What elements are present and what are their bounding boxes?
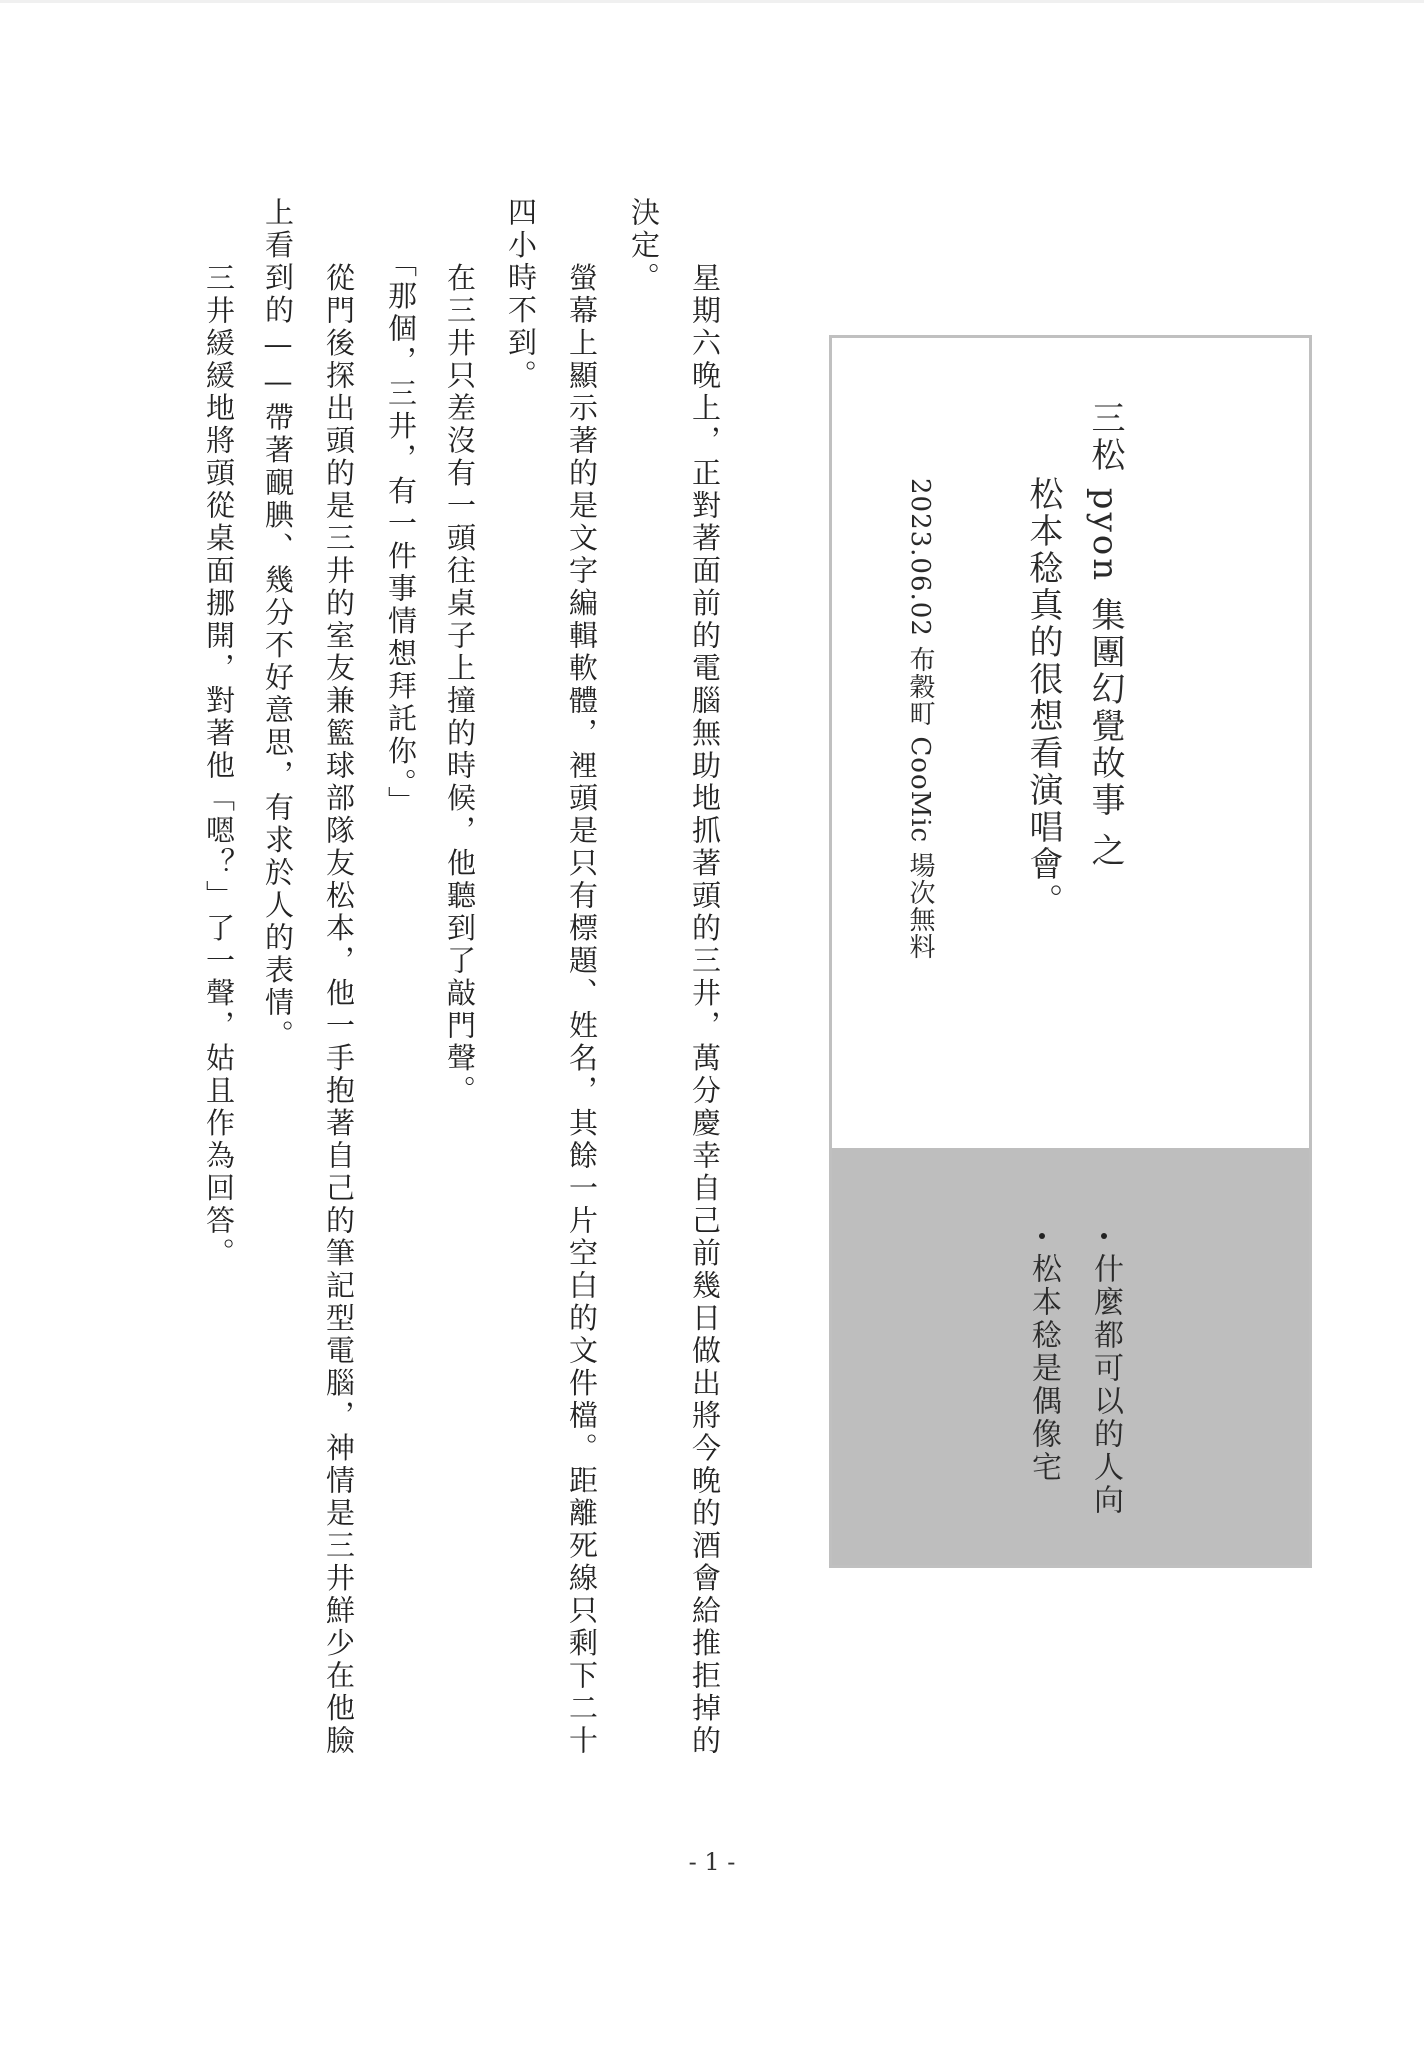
body-column-5: 在三井只差沒有一頭往桌子上撞的時候，他聽到了敲門聲。 bbox=[445, 230, 475, 1108]
bullet-icon bbox=[1039, 1233, 1045, 1239]
tags-panel: 什麼都可以的人向 松本稔是偶像宅 bbox=[832, 1148, 1309, 1565]
title-line-2: 松本稔真的很想看演唱會。 bbox=[1025, 476, 1061, 920]
tag-item-2: 松本稔是偶像宅 bbox=[1027, 1253, 1059, 1484]
body-column-6: 「那個，三井，有一件事情想拜託你。」 bbox=[386, 230, 416, 819]
top-edge-strip bbox=[0, 0, 1424, 3]
body-column-7: 從門後探出頭的是三井的室友兼籃球部隊友松本，他一手抱著自己的筆記型電腦，神情是三… bbox=[324, 230, 354, 1758]
event-info-line: 2023.06.02 布穀町 CooMic 場次無料 bbox=[906, 478, 934, 960]
body-column-1: 星期六晚上，正對著面前的電腦無助地抓著頭的三井，萬分慶幸自己前幾日做出將今晚的酒… bbox=[690, 230, 720, 1758]
tag-item-1: 什麼都可以的人向 bbox=[1089, 1253, 1121, 1517]
body-column-4: 四小時不到。 bbox=[506, 197, 536, 392]
body-column-9: 三井緩緩地將頭從桌面挪開，對著他「嗯？」了一聲，姑且作為回答。 bbox=[204, 230, 234, 1270]
bullet-icon bbox=[1101, 1233, 1107, 1239]
body-column-8: 上看到的——帶著靦腆、幾分不好意思，有求於人的表情。 bbox=[263, 197, 293, 1052]
title-line-1: 三松 pyon 集團幻覺故事 之 bbox=[1087, 400, 1123, 870]
body-column-2: 決定。 bbox=[629, 197, 659, 295]
page-number: - 1 - bbox=[682, 1848, 742, 1876]
body-column-3: 螢幕上顯示著的是文字編輯軟體，裡頭是只有標題、姓名，其餘一片空白的文件檔。距離死… bbox=[567, 230, 597, 1758]
title-info-box: 三松 pyon 集團幻覺故事 之 松本稔真的很想看演唱會。 2023.06.02… bbox=[829, 335, 1312, 1568]
